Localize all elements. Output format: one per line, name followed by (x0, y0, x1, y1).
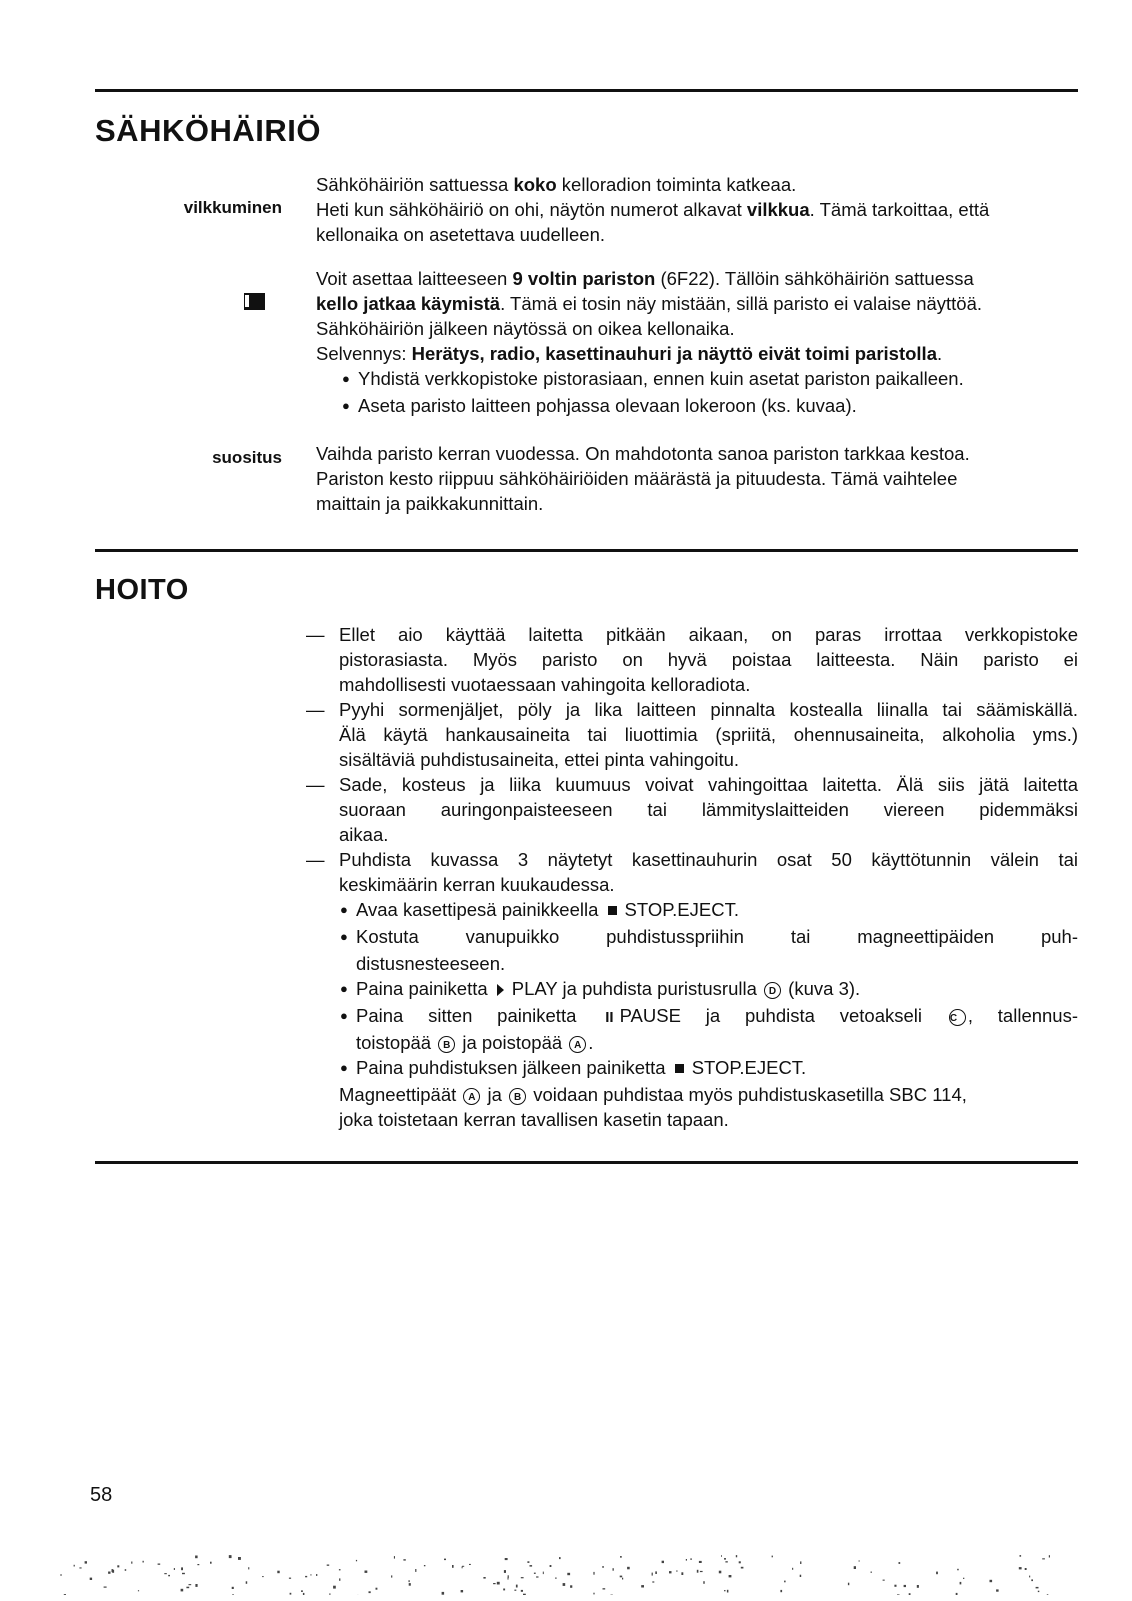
text-line: joka toistetaan kerran tavallisen kaseti… (339, 1107, 1078, 1132)
care-text: —Ellet aio käyttää laitetta pitkään aika… (306, 622, 1078, 1132)
text-line: Voit asettaa laitteeseen 9 voltin parist… (316, 266, 1078, 291)
text-line: Vaihda paristo kerran vuodessa. On mahdo… (316, 441, 1078, 466)
power-failure-text: Sähköhäiriön sattuessa koko kelloradion … (316, 172, 1078, 516)
circled-label-a: A (463, 1088, 480, 1105)
text-line: kellonaika on asetettava uudelleen. (316, 222, 1078, 247)
bullet-icon (342, 393, 358, 420)
cleaning-step: Paina sitten painiketta IIPAUSE ja puhdi… (314, 1003, 1078, 1030)
text-line: kello jatkaa käymistä. Tämä ei tosin näy… (316, 291, 1078, 316)
bullet-item: Yhdistä verkkopistoke pistorasiaan, enne… (316, 366, 1078, 393)
circled-label-d: D (764, 982, 781, 999)
section-title-sahkohairio: SÄHKÖHÄIRIÖ (95, 113, 321, 149)
dash-item: —Puhdista kuvassa 3 näytetyt kasettinauh… (306, 847, 1078, 897)
stop-icon (675, 1064, 684, 1073)
pause-icon: II (605, 1009, 613, 1026)
text-line: Pyyhi sormenjäljet, pöly ja lika laittee… (339, 697, 1078, 722)
cleaning-step: Paina puhdistuksen jälkeen painiketta ST… (314, 1055, 1078, 1082)
play-icon (497, 984, 504, 996)
circled-label-b: B (438, 1036, 455, 1053)
circled-label-a: A (569, 1036, 586, 1053)
label-vilkkuminen: vilkkuminen (102, 198, 282, 218)
cleaning-step: Kostuta vanupuikko puhdistusspriihin tai… (314, 924, 1078, 951)
stop-icon (608, 906, 617, 915)
text-line: Sähköhäiriön sattuessa koko kelloradion … (316, 172, 1078, 197)
section-title-hoito: HOITO (95, 574, 189, 607)
text-line: mahdollisesti vuotaessaan vahingoita kel… (339, 672, 1078, 697)
circled-label-b: B (509, 1088, 526, 1105)
cleaning-step: Paina painiketta PLAY ja puhdista purist… (314, 976, 1078, 1003)
text-line: Sähköhäiriön jälkeen näytössä on oikea k… (316, 316, 1078, 341)
page-number: 58 (90, 1484, 112, 1507)
text-line: sisältäviä puhdistusaineita, ettei pinta… (339, 747, 1078, 772)
text-line: pistorasiasta. Myös paristo on hyvä pois… (339, 647, 1078, 672)
text-line: Heti kun sähköhäiriö on ohi, näytön nume… (316, 197, 1078, 222)
cleaning-step: Avaa kasettipesä painikkeella STOP.EJECT… (314, 897, 1078, 924)
battery-icon (244, 293, 265, 310)
cleaning-step: toistopää B ja poistopää A. (314, 1030, 1078, 1055)
text-line: Selvennys: Herätys, radio, kasettinauhur… (316, 341, 1078, 366)
label-suositus: suositus (102, 448, 282, 468)
text-line: Magneettipäät A ja B voidaan puhdistaa m… (339, 1082, 1078, 1107)
dash-item: —Ellet aio käyttää laitetta pitkään aika… (306, 622, 1078, 697)
text-line: Ellet aio käyttää laitetta pitkään aikaa… (339, 622, 1078, 647)
text-line: Puhdista kuvassa 3 näytetyt kasettinauhu… (339, 847, 1078, 872)
bullet-item: Aseta paristo laitteen pohjassa olevaan … (316, 393, 1078, 420)
bullet-icon (342, 366, 358, 393)
text-line: Älä käytä hankausaineita tai liuottimia … (339, 722, 1078, 747)
bottom-rule (95, 1161, 1078, 1164)
top-rule (95, 89, 1078, 92)
text-line: keskimäärin kerran kuukaudessa. (339, 872, 1078, 897)
cleaning-step: distusnesteeseen. (314, 951, 1078, 976)
text-line: Pariston kesto riippuu sähköhäiriöiden m… (316, 466, 1078, 491)
text-line: aikaa. (339, 822, 1078, 847)
dash-item: —Sade, kosteus ja liika kuumuus voivat v… (306, 772, 1078, 847)
text-line: maittain ja paikkakunnittain. (316, 491, 1078, 516)
scan-noise (60, 1555, 1070, 1595)
circled-label-c: C (949, 1009, 966, 1026)
section-rule (95, 549, 1078, 552)
text-line: Sade, kosteus ja liika kuumuus voivat va… (339, 772, 1078, 797)
dash-item: —Pyyhi sormenjäljet, pöly ja lika laitte… (306, 697, 1078, 772)
text-line: suoraan auringonpaisteeseen tai lämmitys… (339, 797, 1078, 822)
